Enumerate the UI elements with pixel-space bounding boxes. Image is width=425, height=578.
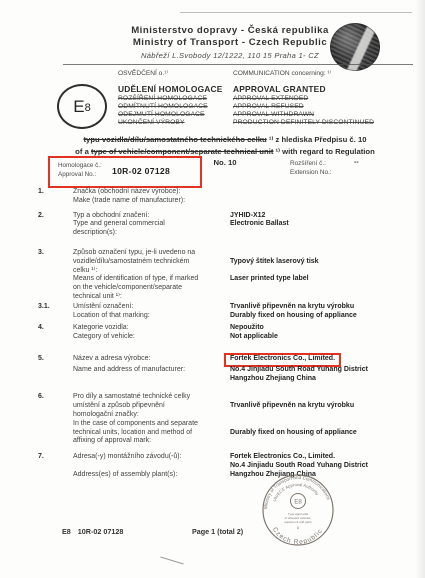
item-value	[230, 411, 425, 420]
approval-number-box: Homologace č.: Approval No.: 10R-02 0712…	[48, 156, 202, 188]
footer-page-number: Page 1 (total 2)	[192, 527, 243, 536]
item-label: celku ¹⁾:	[73, 267, 230, 276]
approval-option-struck: APPROVAL WITHDRAWN	[233, 111, 418, 119]
item-number: 4.	[38, 324, 73, 342]
approval-no-label-cs: Homologace č.:	[58, 162, 102, 169]
item-value	[230, 293, 425, 302]
extension-no-label-cs: Rozšíření č.:	[290, 159, 332, 168]
item-value: Durably fixed on housing of appliance	[230, 312, 425, 321]
item-row: No.4 Jinjiadu South Road Yuhang District	[73, 462, 425, 471]
item-body: Typ a obchodní značení:JYHID-X12Type and…	[73, 212, 425, 238]
item-value: Trvanlivě připevněn na krytu výrobku	[230, 402, 425, 411]
item-row: Adresa(-y) montážního závodu(-ů):Fortek …	[73, 453, 425, 462]
item-label: Name and address of manufacturer:	[73, 366, 230, 375]
item-row: Pro díly a samostatné technické celky	[73, 393, 425, 402]
footer-approval-ref: E810R-02 07128	[62, 527, 123, 536]
item-value: Typový štítek laserový tisk	[230, 258, 425, 267]
approval-number-value: 10R-02 07128	[112, 166, 170, 176]
item-label: Means of identification of type, if mark…	[73, 275, 230, 284]
item-value: JYHID-X12	[230, 212, 425, 221]
approval-options-czech: UDĚLENÍ HOMOLOGACE ROZŠÍŘENÍ HOMOLOGACE …	[118, 84, 230, 127]
approval-option-struck: ODEJMUTÍ HOMOLOGACE	[118, 111, 230, 119]
item-value: Trvanlivě připevněn na krytu výrobku	[230, 303, 425, 312]
approval-option-struck: ODMÍTNUTÍ HOMOLOGACE	[118, 103, 230, 111]
item-value: Not applicable	[230, 333, 425, 342]
form-item-5: 5.Název a adresa výrobce:Fortek Electron…	[0, 355, 425, 383]
item-row: homologační značky:	[73, 411, 425, 420]
item-value: Hangzhou Zhejiang China	[230, 375, 425, 384]
item-label	[73, 375, 230, 384]
item-value	[230, 188, 425, 197]
item-row: technical unit ¹⁾:	[73, 293, 425, 302]
stamp-e8-mark: E8	[294, 499, 302, 506]
item-value	[230, 267, 425, 276]
stamp-center-line: 8	[297, 526, 299, 530]
item-label: Make (trade name of manufacturer):	[73, 197, 230, 206]
item-label: Adresa(-y) montážního závodu(-ů):	[73, 453, 230, 462]
item-label: affixing of approval mark:	[73, 437, 230, 446]
item-row: Category of vehicle:Not applicable	[73, 333, 425, 342]
item-value	[230, 249, 425, 258]
item-label: Značka (obchodní název výrobce):	[73, 188, 230, 197]
footer-approval-number: 10R-02 07128	[78, 527, 124, 536]
item-value	[230, 229, 425, 238]
item-value	[230, 437, 425, 446]
item-body: Adresa(-y) montážního závodu(-ů):Fortek …	[73, 453, 425, 479]
item-row: Kategorie vozidla:Nepoužito	[73, 324, 425, 333]
item-body: Pro díly a samostatné technické celkyumí…	[73, 393, 425, 446]
item-body: Název a adresa výrobce:Fortek Electronic…	[73, 355, 425, 383]
item-value: Electronic Ballast	[230, 220, 425, 229]
approval-option-struck: APPROVAL REFUSED	[233, 103, 418, 111]
item-row: Způsob označení typu, je-li uvedeno na	[73, 249, 425, 258]
approval-no-label-en: Approval No.:	[58, 171, 96, 178]
item-row: In the case of components and separate	[73, 420, 425, 429]
subject-struck-en: type of vehicle/component/separate techn…	[91, 147, 273, 156]
item-row: description(s):	[73, 229, 425, 238]
item-row: Name and address of manufacturer:No.4 Ji…	[73, 366, 425, 375]
form-item-2: 2.Typ a obchodní značení:JYHID-X12Type a…	[0, 212, 425, 238]
item-label: Category of vehicle:	[73, 333, 230, 342]
form-item-3: 3.Způsob označení typu, je-li uvedeno na…	[0, 249, 425, 302]
stamp-center-line: equipment and parts	[284, 520, 312, 524]
item-row: celku ¹⁾:	[73, 267, 425, 276]
item-label: on the vehicle/component/separate	[73, 284, 230, 293]
item-value: Laser printed type label	[230, 275, 425, 284]
item-label: technical unit ¹⁾:	[73, 293, 230, 302]
item-number: 6.	[38, 393, 73, 446]
item-number: 2.	[38, 212, 73, 238]
subject-rest-en: ¹⁾ with regard to Regulation	[273, 147, 374, 156]
item-label: Pro díly a samostatné technické celky	[73, 393, 230, 402]
item-row: affixing of approval mark:	[73, 437, 425, 446]
item-row: Address(es) of assembly plant(s):Hangzho…	[73, 471, 425, 480]
scan-artifact-mark	[160, 557, 183, 565]
item-label: homologační značky:	[73, 411, 230, 420]
subject-rest-cs: ¹⁾ z hlediska Předpisu č. 10	[267, 135, 367, 144]
item-value: Fortek Electronics Co., Limited.	[230, 453, 425, 462]
approval-option-struck: UKONČENÍ VÝROBY	[118, 119, 230, 127]
item-body: Značka (obchodní název výrobce):Make (tr…	[73, 188, 425, 206]
extension-no-labels: Rozšíření č.: Extension No.:	[290, 159, 332, 177]
form-item-3.1: 3.1.Umístění označení:Trvanlivě připevně…	[0, 303, 425, 321]
form-item-6: 6.Pro díly a samostatné technické celkyu…	[0, 393, 425, 446]
approval-option-struck: APPROVAL EXTENDED	[233, 95, 418, 103]
header-divider	[63, 64, 413, 65]
item-row: vozidle/dílu/samostatném technickémTypov…	[73, 258, 425, 267]
item-label: Location of that marking:	[73, 312, 230, 321]
item-label: vozidle/dílu/samostatném technickém	[73, 258, 230, 267]
approval-options-english: APPROVAL GRANTED APPROVAL EXTENDED APPRO…	[233, 84, 418, 127]
item-label: technical units, location and method of	[73, 429, 230, 438]
item-row: Typ a obchodní značení:JYHID-X12	[73, 212, 425, 221]
item-number: 7.	[38, 453, 73, 479]
items: 1.Značka (obchodní název výrobce):Make (…	[0, 188, 425, 480]
item-row: technical units, location and method ofD…	[73, 429, 425, 438]
item-row: Type and general commercialElectronic Ba…	[73, 220, 425, 229]
item-row: Means of identification of type, if mark…	[73, 275, 425, 284]
item-row: Název a adresa výrobce:Fortek Electronic…	[73, 355, 425, 366]
item-value: Nepoužito	[230, 324, 425, 333]
item-row: Make (trade name of manufacturer):	[73, 197, 425, 206]
item-label: Název a adresa výrobce:	[73, 355, 230, 366]
item-body: Umístění označení:Trvanlivě připevněn na…	[73, 303, 425, 321]
extension-no-label-en: Extension No.:	[290, 168, 332, 177]
item-row: Location of that marking:Durably fixed o…	[73, 312, 425, 321]
item-label: In the case of components and separate	[73, 420, 230, 429]
item-label: Type and general commercial	[73, 220, 230, 229]
item-label: Způsob označení typu, je-li uvedeno na	[73, 249, 230, 258]
item-label: description(s):	[73, 229, 230, 238]
communication-label-cs: OSVĚDČENÍ o.¹⁾	[118, 69, 168, 77]
item-value	[230, 197, 425, 206]
subject-struck-cs: typu vozidla/dílu/samostatného technické…	[84, 135, 267, 144]
item-row: Značka (obchodní název výrobce):	[73, 188, 425, 197]
subject-line-cs: typu vozidla/dílu/samostatného technické…	[32, 134, 418, 146]
approval-option: APPROVAL GRANTED	[233, 84, 418, 94]
item-value	[230, 420, 425, 429]
item-row: umístění a způsob připevněníTrvanlivě př…	[73, 402, 425, 411]
item-value: No.4 Jinjiadu South Road Yuhang District	[230, 366, 425, 375]
item-row: Umístění označení:Trvanlivě připevněn na…	[73, 303, 425, 312]
form-item-1: 1.Značka (obchodní název výrobce):Make (…	[0, 188, 425, 206]
extension-number-value: --	[354, 159, 359, 166]
item-label: Typ a obchodní značení:	[73, 212, 230, 221]
item-label: Address(es) of assembly plant(s):	[73, 471, 230, 480]
item-label: umístění a způsob připevnění	[73, 402, 230, 411]
form-item-4: 4.Kategorie vozidla:NepoužitoCategory of…	[0, 324, 425, 342]
item-number: 3.1.	[38, 303, 73, 321]
footer-e-mark: E8	[62, 527, 71, 536]
approval-authority-stamp: Ministry of Transport and Communications…	[256, 468, 340, 552]
item-value	[230, 393, 425, 402]
form-item-7: 7.Adresa(-y) montážního závodu(-ů):Forte…	[0, 453, 425, 479]
item-number: 1.	[38, 188, 73, 206]
e8-letter: E	[73, 98, 84, 115]
item-row: on the vehicle/component/separate	[73, 284, 425, 293]
item-body: Způsob označení typu, je-li uvedeno navo…	[73, 249, 425, 302]
certificate-page: Ministerstvo dopravy - Česká republika M…	[0, 0, 425, 578]
item-number: 3.	[38, 249, 73, 302]
approval-option-struck: PRODUCTION DEFINITELY DISCONTINUED	[233, 119, 418, 127]
communication-label-en: COMMUNICATION concerning: ¹⁾	[233, 69, 331, 77]
approval-option: UDĚLENÍ HOMOLOGACE	[118, 84, 230, 94]
item-value-highlighted: Fortek Electronics Co., Limited.	[224, 353, 341, 367]
item-label: Umístění označení:	[73, 303, 230, 312]
item-value	[230, 284, 425, 293]
subject-prefix-en: of a	[75, 147, 91, 156]
e8-approval-mark-icon: E 8	[57, 84, 107, 129]
item-body: Kategorie vozidla:NepoužitoCategory of v…	[73, 324, 425, 342]
item-label: Kategorie vozidla:	[73, 324, 230, 333]
scan-artifact-line	[180, 12, 412, 13]
item-row: Hangzhou Zhejiang China	[73, 375, 425, 384]
item-label	[73, 462, 230, 471]
e8-number: 8	[85, 103, 91, 114]
item-value: Durably fixed on housing of appliance	[230, 429, 425, 438]
approval-option-struck: ROZŠÍŘENÍ HOMOLOGACE	[118, 95, 230, 103]
item-number: 5.	[38, 355, 73, 383]
